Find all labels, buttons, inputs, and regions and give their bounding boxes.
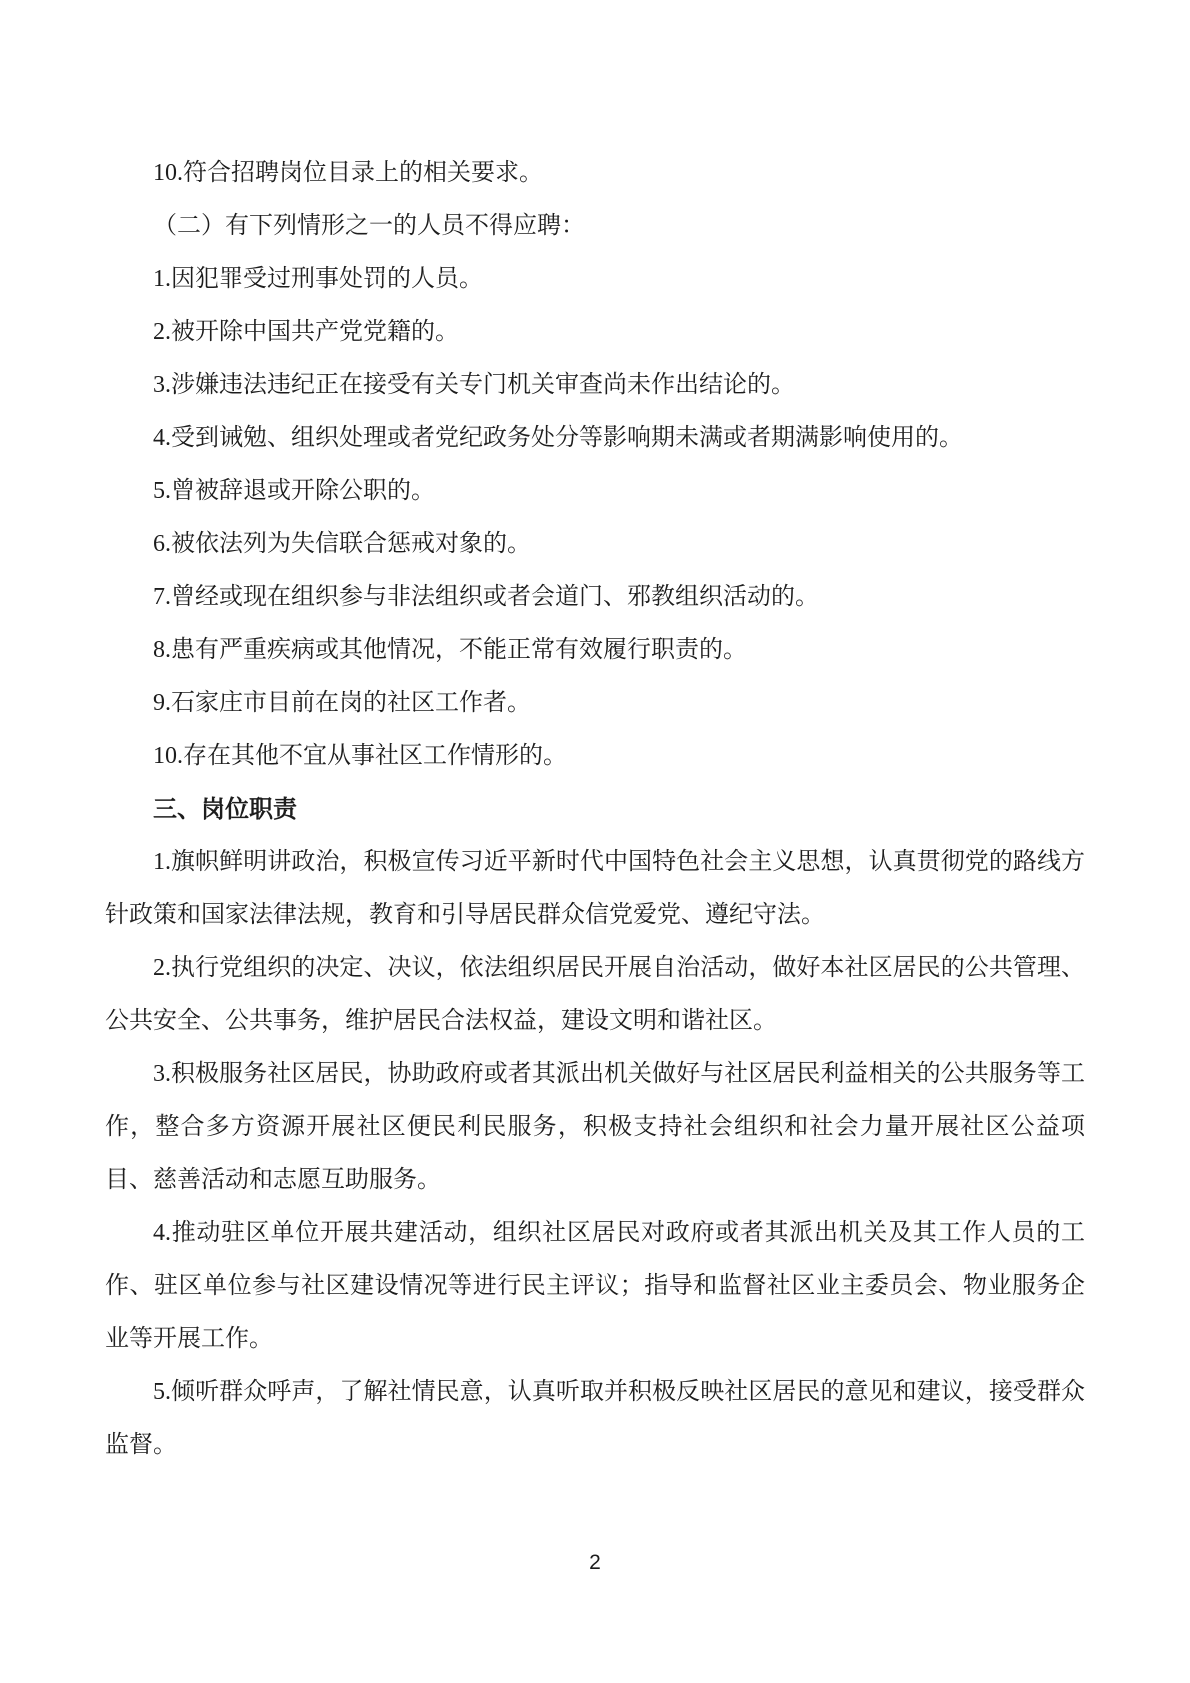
paragraph: 2.被开除中国共产党党籍的。	[105, 306, 1085, 359]
paragraph: 2.执行党组织的决定、决议，依法组织居民开展自治活动，做好本社区居民的公共管理、…	[105, 942, 1085, 1048]
document-content: 10.符合招聘岗位目录上的相关要求。（二）有下列情形之一的人员不得应聘：1.因犯…	[105, 147, 1085, 1472]
paragraph: 1.旗帜鲜明讲政治，积极宣传习近平新时代中国特色社会主义思想，认真贯彻党的路线方…	[105, 836, 1085, 942]
paragraph: 1.因犯罪受过刑事处罚的人员。	[105, 253, 1085, 306]
paragraph: 7.曾经或现在组织参与非法组织或者会道门、邪教组织活动的。	[105, 571, 1085, 624]
document-page: 10.符合招聘岗位目录上的相关要求。（二）有下列情形之一的人员不得应聘：1.因犯…	[0, 0, 1190, 1683]
paragraph: 4.受到诫勉、组织处理或者党纪政务处分等影响期未满或者期满影响使用的。	[105, 412, 1085, 465]
paragraph: （二）有下列情形之一的人员不得应聘：	[105, 200, 1085, 253]
paragraph: 9.石家庄市目前在岗的社区工作者。	[105, 677, 1085, 730]
paragraph: 4.推动驻区单位开展共建活动，组织社区居民对政府或者其派出机关及其工作人员的工作…	[105, 1207, 1085, 1366]
section-heading: 三、岗位职责	[105, 783, 1085, 836]
page-number: 2	[0, 1548, 1190, 1578]
paragraph: 8.患有严重疾病或其他情况，不能正常有效履行职责的。	[105, 624, 1085, 677]
paragraph: 10.存在其他不宜从事社区工作情形的。	[105, 730, 1085, 783]
paragraph: 6.被依法列为失信联合惩戒对象的。	[105, 518, 1085, 571]
paragraph: 3.积极服务社区居民，协助政府或者其派出机关做好与社区居民利益相关的公共服务等工…	[105, 1048, 1085, 1207]
paragraph: 3.涉嫌违法违纪正在接受有关专门机关审查尚未作出结论的。	[105, 359, 1085, 412]
paragraph: 5.曾被辞退或开除公职的。	[105, 465, 1085, 518]
paragraph: 5.倾听群众呼声，了解社情民意，认真听取并积极反映社区居民的意见和建议，接受群众…	[105, 1366, 1085, 1472]
paragraph: 10.符合招聘岗位目录上的相关要求。	[105, 147, 1085, 200]
